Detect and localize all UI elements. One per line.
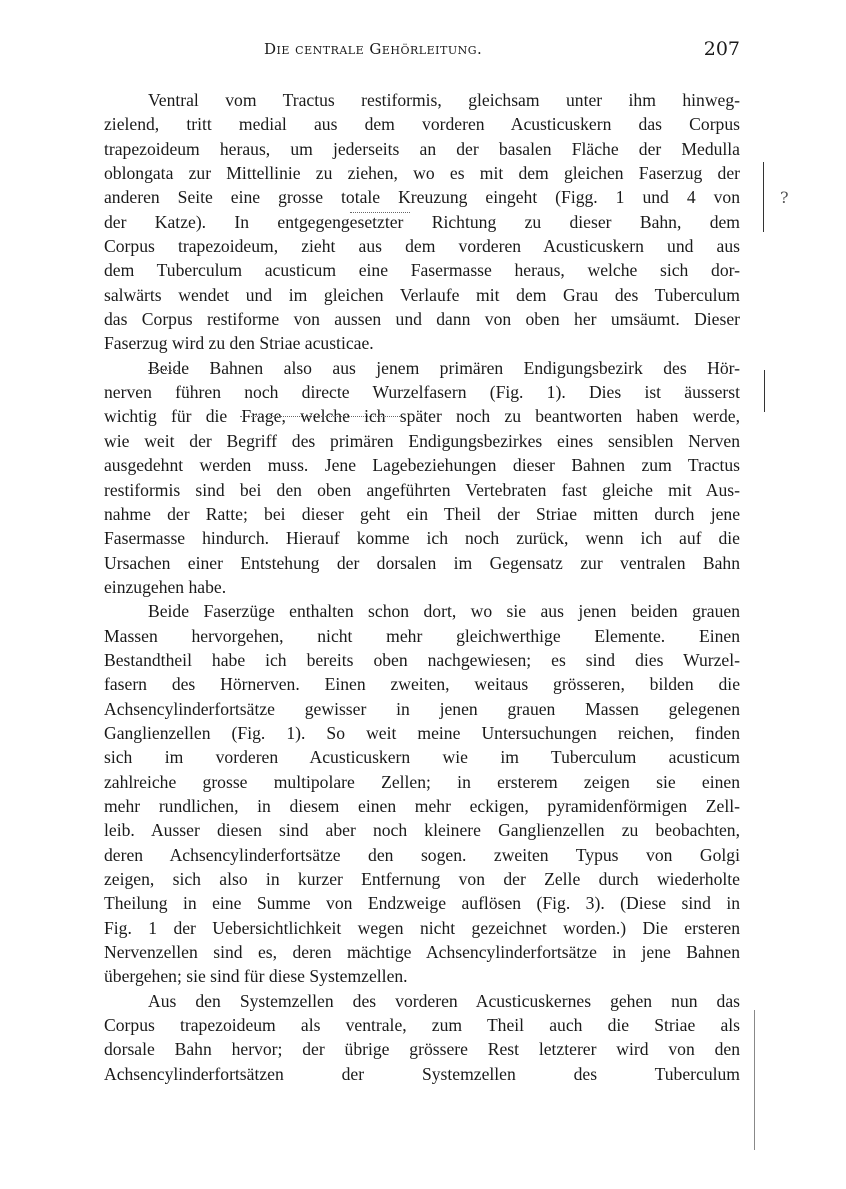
text-line: wichtig für die Frage, welche ich später… — [104, 404, 740, 428]
text-line: leib. Ausser diesen sind aber noch klein… — [104, 818, 740, 842]
text-line: restiformis sind bei den oben angeführte… — [104, 478, 740, 502]
text-line: ausgedehnt werden muss. Jene Lagebeziehu… — [104, 453, 740, 477]
text-line: zahlreiche grosse multipolare Zellen; in… — [104, 770, 740, 794]
text-line: sich im vorderen Acusticuskern wie im Tu… — [104, 745, 740, 769]
running-title: Die centrale Gehörleitung. — [264, 40, 482, 58]
margin-question-mark-icon: ? — [780, 188, 789, 207]
text-line: nahme der Ratte; bei dieser geht ein The… — [104, 502, 740, 526]
text-line: übergehen; sie sind für diese Systemzell… — [104, 964, 740, 988]
text-line: Fig. 1 der Uebersichtlichkeit wegen nich… — [104, 916, 740, 940]
text-line: Massen hervorgehen, nicht mehr gleichwer… — [104, 624, 740, 648]
text-line: deren Achsencylinderfortsätze den sogen.… — [104, 843, 740, 867]
text-line: Theilung in eine Summe von Endzweige auf… — [104, 891, 740, 915]
text-line: Fasermasse hindurch. Hierauf komme ich n… — [104, 526, 740, 550]
pencil-underline — [240, 416, 400, 418]
text-line: oblongata zur Mittellinie zu ziehen, wo … — [104, 161, 740, 185]
text-line: Ganglienzellen (Fig. 1). So weit meine U… — [104, 721, 740, 745]
text-line: Aus den Systemzellen des vorderen Acusti… — [104, 989, 740, 1013]
margin-pencil-line — [763, 162, 764, 232]
margin-pencil-line — [764, 370, 765, 412]
text-line: Corpus trapezoideum als ventrale, zum Th… — [104, 1013, 740, 1037]
paragraph: Beide Faserzüge enthalten schon dort, wo… — [104, 599, 740, 989]
paragraph: Aus den Systemzellen des vorderen Acusti… — [104, 989, 740, 1086]
text-line: zielend, tritt medial aus dem vorderen A… — [104, 112, 740, 136]
text-line: dem Tuberculum acusticum eine Fasermasse… — [104, 258, 740, 282]
text-line: Nervenzellen sind es, deren mächtige Ach… — [104, 940, 740, 964]
pencil-underline — [148, 370, 178, 372]
pencil-underline — [350, 212, 410, 214]
text-line: Beide Bahnen also aus jenem primären End… — [104, 356, 740, 380]
text-line: fasern des Hörnerven. Einen zweiten, wei… — [104, 672, 740, 696]
paragraph: Beide Bahnen also aus jenem primären End… — [104, 356, 740, 599]
text-line: salwärts wendet und im gleichen Verlaufe… — [104, 283, 740, 307]
text-line: dorsale Bahn hervor; der übrige grössere… — [104, 1037, 740, 1061]
text-line: wie weit der Begriff des primären Endigu… — [104, 429, 740, 453]
margin-pencil-line — [754, 1010, 755, 1150]
text-line: zeigen, sich also in kurzer Entfernung v… — [104, 867, 740, 891]
text-line: Corpus trapezoideum, zieht aus dem vorde… — [104, 234, 740, 258]
body-text: Ventral vom Tractus restiformis, gleichs… — [104, 88, 740, 1086]
text-line: Achsencylinderfortsätze gewisser in jene… — [104, 697, 740, 721]
book-page: Die centrale Gehörleitung. 207 Ventral v… — [0, 0, 846, 1189]
text-line: Bestandtheil habe ich bereits oben nachg… — [104, 648, 740, 672]
paragraph: Ventral vom Tractus restiformis, gleichs… — [104, 88, 740, 356]
text-line: trapezoideum heraus, um jederseits an de… — [104, 137, 740, 161]
running-header: Die centrale Gehörleitung. 207 — [104, 40, 740, 64]
text-line: Beide Faserzüge enthalten schon dort, wo… — [104, 599, 740, 623]
text-line: Ursachen einer Entstehung der dorsalen i… — [104, 551, 740, 575]
page-number: 207 — [704, 38, 740, 60]
text-line: anderen Seite eine grosse totale Kreuzun… — [104, 185, 740, 209]
text-line: Ventral vom Tractus restiformis, gleichs… — [104, 88, 740, 112]
text-line: Faserzug wird zu den Striae acusticae. — [104, 331, 740, 355]
text-line: der Katze). In entgegengesetzter Richtun… — [104, 210, 740, 234]
text-line: das Corpus restiforme von aussen und dan… — [104, 307, 740, 331]
text-line: einzugehen habe. — [104, 575, 740, 599]
text-line: Achsencylinderfortsätzen der Systemzelle… — [104, 1062, 740, 1086]
text-line: nerven führen noch directe Wurzelfasern … — [104, 380, 740, 404]
text-line: mehr rundlichen, in diesem einen mehr ec… — [104, 794, 740, 818]
